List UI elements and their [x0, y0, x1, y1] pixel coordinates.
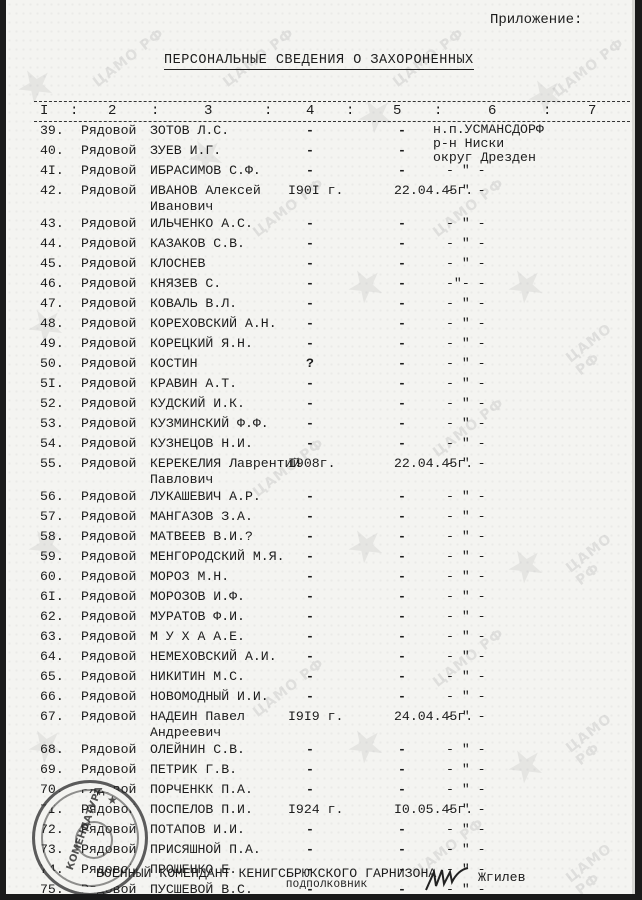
table-row: 68.РядовойОЛЕЙНИН С.В.--- " -: [6, 740, 632, 760]
death-date: -: [398, 376, 406, 392]
watermark-text: ЦАМО РФ: [90, 25, 167, 90]
soldier-name: МОРОЗОВ И.Ф.: [150, 589, 245, 605]
row-number: 5I.: [40, 376, 64, 392]
military-rank: Рядовой: [81, 396, 136, 412]
soldier-name: КОРЕХОВСКИЙ А.Н.: [150, 316, 277, 332]
military-rank: Рядовой: [81, 649, 136, 665]
column-number-7: 7: [588, 103, 596, 119]
column-separator: :: [151, 103, 159, 119]
table-row: 66.РядовойНОВОМОДНЫЙ И.И.--- " -: [6, 687, 632, 707]
burial-place: - " -: [446, 316, 486, 332]
column-separator: :: [543, 103, 551, 119]
document-page: ЦАМО РФЦАМО РФЦАМО РФЦАМО РФЦАМО РФЦАМО …: [6, 0, 635, 894]
row-number: 4I.: [40, 163, 64, 179]
table-row: 39.РядовойЗОТОВ Л.С.--н.п.УСМАНСДОРФр-н …: [6, 121, 632, 141]
row-number: 57.: [40, 509, 64, 525]
row-number: 45.: [40, 256, 64, 272]
burial-place: - " -: [446, 569, 486, 585]
death-date: -: [398, 689, 406, 705]
birth-year: -: [306, 436, 314, 452]
soldier-name: ПОРЧЕНКК П.А.: [150, 782, 253, 798]
death-date: -: [398, 396, 406, 412]
burial-place: - " -: [446, 183, 486, 199]
row-number: 49.: [40, 336, 64, 352]
death-date: -: [398, 436, 406, 452]
table-row: 69.РядовойПЕТРИК Г.В.--- " -: [6, 760, 632, 780]
birth-year: -: [306, 842, 314, 858]
burial-place: - " -: [446, 456, 486, 472]
table-row: 53.РядовойКУЗМИНСКИЙ Ф.Ф.--- " -: [6, 414, 632, 434]
military-rank: Рядовой: [81, 489, 136, 505]
soldier-name: МОРОЗ М.Н.: [150, 569, 229, 585]
burial-place: - " -: [446, 296, 486, 312]
military-rank: Рядовой: [81, 629, 136, 645]
table-row: 49.РядовойКОРЕЦКИЙ Я.Н.--- " -: [6, 334, 632, 354]
military-rank: Рядовой: [81, 689, 136, 705]
death-date: -: [398, 236, 406, 252]
row-number: 68.: [40, 742, 64, 758]
birth-year: -: [306, 669, 314, 685]
birth-year: -: [306, 276, 314, 292]
row-number: 6I.: [40, 589, 64, 605]
military-rank: Рядовой: [81, 256, 136, 272]
birth-year: -: [306, 296, 314, 312]
soldier-name: ИВАНОВ АлексейИванович: [150, 183, 261, 215]
row-number: 54.: [40, 436, 64, 452]
military-rank: Рядовой: [81, 742, 136, 758]
soldier-name: ОЛЕЙНИН С.В.: [150, 742, 245, 758]
burial-records-table: 39.РядовойЗОТОВ Л.С.--н.п.УСМАНСДОРФр-н …: [6, 121, 632, 894]
table-row: 50.РядовойКОСТИН?-- " -: [6, 354, 632, 374]
military-rank: Рядовой: [81, 376, 136, 392]
birth-year: I9I9 г.: [288, 709, 343, 725]
birth-year: ?: [306, 356, 314, 372]
birth-year: -: [306, 569, 314, 585]
burial-place: - " -: [446, 356, 486, 372]
birth-year: -: [306, 396, 314, 412]
death-date: -: [398, 509, 406, 525]
soldier-name: МАНГАЗОВ З.А.: [150, 509, 253, 525]
death-date: -: [398, 123, 406, 139]
column-separator: :: [70, 103, 78, 119]
military-rank: Рядовой: [81, 456, 136, 472]
row-number: 60.: [40, 569, 64, 585]
soldier-name: ИБРАСИМОВ С.Ф.: [150, 163, 261, 179]
death-date: -: [398, 216, 406, 232]
death-date: -: [398, 143, 406, 159]
burial-place: - " -: [446, 782, 486, 798]
soldier-name: НЕМЕХОВСКИЙ А.И.: [150, 649, 277, 665]
death-date: -: [398, 256, 406, 272]
death-date: -: [398, 822, 406, 838]
row-number: 65.: [40, 669, 64, 685]
burial-place: - " -: [446, 416, 486, 432]
death-date: -: [398, 276, 406, 292]
column-number-3: 3: [204, 103, 212, 119]
commandant-position: ВОЕННЫЙ КОМЕНДАНТ КЕНИГСБРЮКСКОГО ГАРНИЗ…: [96, 866, 436, 881]
death-date: -: [398, 569, 406, 585]
birth-year: -: [306, 529, 314, 545]
burial-place: - " -: [446, 609, 486, 625]
military-rank: Рядовой: [81, 762, 136, 778]
soldier-name: НОВОМОДНЫЙ И.И.: [150, 689, 269, 705]
military-rank: Рядовой: [81, 589, 136, 605]
soldier-name: КУДСКИЙ И.К.: [150, 396, 245, 412]
birth-year: -: [306, 123, 314, 139]
burial-place: - " -: [446, 216, 486, 232]
military-rank: Рядовой: [81, 356, 136, 372]
row-number: 66.: [40, 689, 64, 705]
row-number: 55.: [40, 456, 64, 472]
burial-place: - " -: [446, 822, 486, 838]
commandant-rank: ПОДПОЛКОВНИК: [286, 879, 368, 891]
row-number: 44.: [40, 236, 64, 252]
column-number-1: I: [40, 103, 48, 119]
header-rule-top: [34, 101, 630, 102]
column-number-5: 5: [393, 103, 401, 119]
table-row: 47.РядовойКОВАЛЬ В.Л.--- " -: [6, 294, 632, 314]
soldier-name: МАТВЕЕВ В.И.?: [150, 529, 253, 545]
row-number: 62.: [40, 609, 64, 625]
table-row: 45.РядовойКЛОСНЕВ--- " -: [6, 254, 632, 274]
military-rank: Рядовой: [81, 163, 136, 179]
row-number: 53.: [40, 416, 64, 432]
military-rank: Рядовой: [81, 123, 136, 139]
star-icon: ★: [107, 793, 118, 807]
table-row: 55.РядовойКЕРЕКЕЛИЯ ЛаврентийПавловичI90…: [6, 454, 632, 487]
death-date: -: [398, 629, 406, 645]
row-number: 69.: [40, 762, 64, 778]
burial-place: - " -: [446, 802, 486, 818]
military-rank: Рядовой: [81, 709, 136, 725]
table-row: 67.РядовойНАДЕИН ПавелАндреевичI9I9 г.24…: [6, 707, 632, 740]
soldier-name: ПОТАПОВ И.И.: [150, 822, 245, 838]
military-rank: Рядовой: [81, 609, 136, 625]
death-date: -: [398, 489, 406, 505]
burial-place: - " -: [446, 509, 486, 525]
table-row: 5I.РядовойКРАВИН А.Т.--- " -: [6, 374, 632, 394]
military-rank: Рядовой: [81, 236, 136, 252]
row-number: 48.: [40, 316, 64, 332]
table-row: 59.РядовойМЕНГОРОДСКИЙ М.Я.--- " -: [6, 547, 632, 567]
soldier-name: ЛУКАШЕВИЧ А.Р.: [150, 489, 261, 505]
burial-place: - " -: [446, 709, 486, 725]
death-date: -: [398, 416, 406, 432]
birth-year: -: [306, 316, 314, 332]
row-number: 63.: [40, 629, 64, 645]
death-date: -: [398, 649, 406, 665]
birth-year: -: [306, 629, 314, 645]
death-date: -: [398, 762, 406, 778]
burial-place: - " -: [446, 629, 486, 645]
birth-year: -: [306, 509, 314, 525]
birth-year: I908г.: [288, 456, 335, 472]
death-date: -: [398, 529, 406, 545]
burial-place: - " -: [446, 376, 486, 392]
soldier-name: ПРИСЯШНОЙ П.А.: [150, 842, 261, 858]
burial-place: - " -: [446, 689, 486, 705]
table-row: 54.РядовойКУЗНЕЦОВ Н.И.--- " -: [6, 434, 632, 454]
column-number-6: 6: [488, 103, 496, 119]
row-number: 40.: [40, 143, 64, 159]
column-separator: :: [264, 103, 272, 119]
soldier-name: ПОСПЕЛОВ П.И.: [150, 802, 253, 818]
birth-year: -: [306, 549, 314, 565]
column-number-2: 2: [108, 103, 116, 119]
death-date: -: [398, 163, 406, 179]
birth-year: -: [306, 216, 314, 232]
birth-year: -: [306, 782, 314, 798]
table-row: 57.РядовойМАНГАЗОВ З.А.--- " -: [6, 507, 632, 527]
soldier-name: ЗОТОВ Л.С.: [150, 123, 229, 139]
birth-year: -: [306, 609, 314, 625]
burial-place: - " -: [446, 549, 486, 565]
burial-place: - " -: [446, 336, 486, 352]
birth-year: -: [306, 649, 314, 665]
soldier-name: КОВАЛЬ В.Л.: [150, 296, 237, 312]
burial-place: -"- -: [446, 276, 486, 292]
birth-year: -: [306, 336, 314, 352]
row-number: 56.: [40, 489, 64, 505]
burial-place: - " -: [446, 589, 486, 605]
burial-place: - " -: [446, 256, 486, 272]
military-rank: Рядовой: [81, 336, 136, 352]
birth-year: -: [306, 589, 314, 605]
death-date: -: [398, 609, 406, 625]
row-number: 43.: [40, 216, 64, 232]
death-date: -: [398, 782, 406, 798]
birth-year: -: [306, 143, 314, 159]
death-date: -: [398, 882, 406, 894]
row-number: 67.: [40, 709, 64, 725]
military-rank: Рядовой: [81, 183, 136, 199]
birth-year: -: [306, 822, 314, 838]
birth-year: I90I г.: [288, 183, 343, 199]
column-number-4: 4: [306, 103, 314, 119]
row-number: 39.: [40, 123, 64, 139]
soldier-name: КОСТИН: [150, 356, 197, 372]
watermark-text: ЦАМО РФ: [550, 35, 627, 100]
soldier-name: КЕРЕКЕЛИЯ ЛаврентийПавлович: [150, 456, 300, 488]
soldier-name: КУЗМИНСКИЙ Ф.Ф.: [150, 416, 269, 432]
soldier-name: КАЗАКОВ С.В.: [150, 236, 245, 252]
soldier-name: НИКИТИН М.С.: [150, 669, 245, 685]
table-row: 65.РядовойНИКИТИН М.С.--- " -: [6, 667, 632, 687]
burial-place: - " -: [446, 436, 486, 452]
death-date: -: [398, 842, 406, 858]
birth-year: -: [306, 236, 314, 252]
table-row: 42.РядовойИВАНОВ АлексейИвановичI90I г.2…: [6, 181, 632, 214]
column-separator: :: [434, 103, 442, 119]
column-number-header: I234567::::::: [6, 103, 632, 121]
death-date: -: [398, 742, 406, 758]
burial-place: - " -: [446, 236, 486, 252]
death-date: -: [398, 336, 406, 352]
burial-place: - " -: [446, 669, 486, 685]
table-row: 60.РядовойМОРОЗ М.Н.--- " -: [6, 567, 632, 587]
table-row: 44.РядовойКАЗАКОВ С.В.--- " -: [6, 234, 632, 254]
birth-year: -: [306, 689, 314, 705]
military-rank: Рядовой: [81, 569, 136, 585]
table-row: 6I.РядовойМОРОЗОВ И.Ф.--- " -: [6, 587, 632, 607]
burial-place: - " -: [446, 649, 486, 665]
soldier-name: КЛОСНЕВ: [150, 256, 205, 272]
soldier-name: НАДЕИН ПавелАндреевич: [150, 709, 245, 741]
signature-icon: [424, 862, 470, 892]
soldier-name: М У Х А А.Е.: [150, 629, 245, 645]
row-number: 64.: [40, 649, 64, 665]
burial-place: - " -: [446, 396, 486, 412]
military-rank: Рядовой: [81, 669, 136, 685]
row-number: 42.: [40, 183, 64, 199]
column-separator: :: [346, 103, 354, 119]
soldier-name: ПУСШЕВОЙ В.С.: [150, 882, 253, 894]
table-row: 62.РядовойМУРАТОВ Ф.И.--- " -: [6, 607, 632, 627]
soldier-name: МУРАТОВ Ф.И.: [150, 609, 245, 625]
burial-place: - " -: [446, 762, 486, 778]
birth-year: -: [306, 742, 314, 758]
birth-year: -: [306, 163, 314, 179]
row-number: 58.: [40, 529, 64, 545]
military-rank: Рядовой: [81, 529, 136, 545]
burial-place: - " -: [446, 529, 486, 545]
commandant-name: Жгилев: [478, 870, 525, 885]
table-row: 4I.РядовойИБРАСИМОВ С.Ф.--- " -: [6, 161, 632, 181]
burial-place: - " -: [446, 842, 486, 858]
soldier-name: КНЯЗЕВ С.: [150, 276, 221, 292]
military-rank: Рядовой: [81, 549, 136, 565]
military-rank: Рядовой: [81, 276, 136, 292]
soldier-name: ИЛЬЧЕНКО А.С.: [150, 216, 253, 232]
soldier-name: КОРЕЦКИЙ Я.Н.: [150, 336, 253, 352]
soldier-name: МЕНГОРОДСКИЙ М.Я.: [150, 549, 285, 565]
row-number: 59.: [40, 549, 64, 565]
death-date: -: [398, 356, 406, 372]
death-date: -: [398, 589, 406, 605]
soldier-name: ПЕТРИК Г.В.: [150, 762, 237, 778]
table-row: 48.РядовойКОРЕХОВСКИЙ А.Н.--- " -: [6, 314, 632, 334]
table-row: 43.РядовойИЛЬЧЕНКО А.С.--- " -: [6, 214, 632, 234]
table-row: 56.РядовойЛУКАШЕВИЧ А.Р.--- " -: [6, 487, 632, 507]
military-rank: Рядовой: [81, 416, 136, 432]
table-row: 52.РядовойКУДСКИЙ И.К.--- " -: [6, 394, 632, 414]
appendix-label: Приложение:: [490, 12, 582, 28]
birth-year: -: [306, 489, 314, 505]
military-rank: Рядовой: [81, 316, 136, 332]
row-number: 50.: [40, 356, 64, 372]
table-row: 40.РядовойЗУЕВ И.Г.--: [6, 141, 632, 161]
document-title: ПЕРСОНАЛЬНЫЕ СВЕДЕНИЯ О ЗАХОРОНЕННЫХ: [164, 53, 474, 70]
death-date: -: [398, 296, 406, 312]
birth-year: I924 г.: [288, 802, 343, 818]
death-date: -: [398, 316, 406, 332]
military-rank: Рядовой: [81, 436, 136, 452]
row-number: 46.: [40, 276, 64, 292]
soldier-name: КРАВИН А.Т.: [150, 376, 237, 392]
row-number: 47.: [40, 296, 64, 312]
burial-place: - " -: [446, 163, 486, 179]
burial-place: - " -: [446, 742, 486, 758]
military-rank: Рядовой: [81, 296, 136, 312]
military-rank: Рядовой: [81, 143, 136, 159]
birth-year: -: [306, 376, 314, 392]
birth-year: -: [306, 416, 314, 432]
death-date: -: [398, 549, 406, 565]
birth-year: -: [306, 762, 314, 778]
birth-year: -: [306, 256, 314, 272]
military-rank: Рядовой: [81, 216, 136, 232]
row-number: 52.: [40, 396, 64, 412]
death-date: -: [398, 669, 406, 685]
military-rank: Рядовой: [81, 509, 136, 525]
soldier-name: КУЗНЕЦОВ Н.И.: [150, 436, 253, 452]
table-row: 63.РядовойМ У Х А А.Е.--- " -: [6, 627, 632, 647]
table-row: 46.РядовойКНЯЗЕВ С.---"- -: [6, 274, 632, 294]
soldier-name: ЗУЕВ И.Г.: [150, 143, 221, 159]
table-row: 64.РядовойНЕМЕХОВСКИЙ А.И.--- " -: [6, 647, 632, 667]
table-row: 58.РядовойМАТВЕЕВ В.И.?--- " -: [6, 527, 632, 547]
burial-place: - " -: [446, 489, 486, 505]
